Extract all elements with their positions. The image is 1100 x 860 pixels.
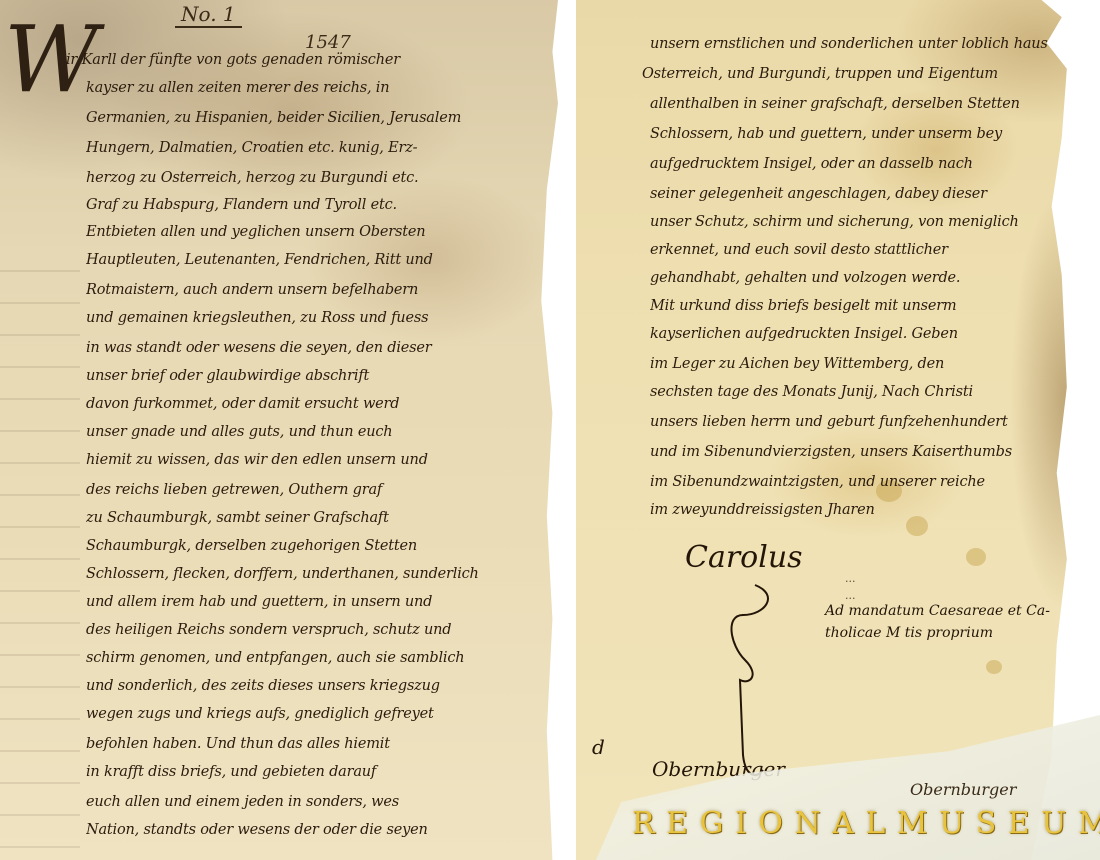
text-line: davon furkommet, oder damit ersucht werd: [86, 396, 536, 412]
text-line: unser Schutz, schirm und sicherung, von …: [650, 214, 1050, 230]
text-line: erkennet, und euch sovil desto stattlich…: [650, 242, 1050, 258]
latin-note-line: tholicae M tis proprium: [825, 622, 1050, 644]
text-line: unser brief oder glaubwirdige abschrift: [86, 368, 526, 384]
text-line: herzog zu Osterreich, herzog zu Burgundi…: [86, 170, 526, 186]
text-line: Hungern, Dalmatien, Croatien etc. kunig,…: [86, 140, 526, 156]
text-line: gehandhabt, gehalten und volzogen werde.: [650, 270, 1050, 286]
text-line: Nation, standts oder wesens der oder die…: [86, 822, 526, 838]
text-line: und im Sibenundvierzigsten, unsers Kaise…: [650, 444, 1050, 460]
text-line: Hauptleuten, Leutenanten, Fendrichen, Ri…: [86, 252, 536, 268]
countersignature: Obernburger: [910, 780, 1016, 799]
text-line: kayser zu allen zeiten merer des reichs,…: [86, 80, 536, 96]
faded-note-line: ...: [845, 570, 856, 587]
text-line: euch allen und einem jeden in sonders, w…: [86, 794, 526, 810]
text-line: Graf zu Habspurg, Flandern und Tyroll et…: [86, 197, 526, 213]
text-line: Germanien, zu Hispanien, beider Sicilien…: [86, 110, 536, 126]
left-page-text: ir Karll der fünfte von gots genaden röm…: [0, 0, 558, 860]
text-line: befohlen haben. Und thun das alles hiemi…: [86, 736, 506, 752]
text-line: des reichs lieben getrewen, Outhern graf: [86, 482, 536, 498]
manuscript-page-right: unsern ernstlichen und sonderlichen unte…: [576, 0, 1082, 860]
right-page-text: unsern ernstlichen und sonderlichen unte…: [576, 0, 1082, 860]
text-line: sechsten tage des Monats Junij, Nach Chr…: [650, 384, 1040, 400]
signature-flourish-icon: [725, 575, 775, 785]
text-line: des heiligen Reichs sondern verspruch, s…: [86, 622, 536, 638]
text-line: aufgedrucktem Insigel, oder an dasselb n…: [650, 156, 1050, 172]
text-line: ir Karll der fünfte von gots genaden röm…: [66, 52, 536, 68]
text-line: hiemit zu wissen, das wir den edlen unse…: [86, 452, 536, 468]
text-line: in krafft diss briefs, und gebieten dara…: [86, 764, 536, 780]
marginal-mark: d: [592, 735, 605, 759]
text-line: unsers lieben herrn und geburt funfzehen…: [650, 414, 1060, 430]
text-line: Schaumburgk, derselben zugehorigen Stett…: [86, 538, 536, 554]
text-line: schirm genomen, und entpfangen, auch sie…: [86, 650, 546, 666]
manuscript-page-left: No. 1 1547 W ir Karll der fünfte von got…: [0, 0, 558, 860]
emperor-signature: Carolus: [685, 540, 803, 575]
text-line: Rotmaistern, auch andern unsern befelhab…: [86, 282, 536, 298]
text-line: Schlossern, flecken, dorffern, underthan…: [86, 566, 546, 582]
text-line: kayserlichen aufgedruckten Insigel. Gebe…: [650, 326, 1040, 342]
text-line: in was standt oder wesens die seyen, den…: [86, 340, 546, 356]
text-line: wegen zugs und kriegs aufs, gnediglich g…: [86, 706, 546, 722]
text-line: Schlossern, hab und guettern, under unse…: [650, 126, 1050, 142]
text-line: Osterreich, und Burgundi, truppen und Ei…: [642, 66, 1042, 82]
text-line: unsern ernstlichen und sonderlichen unte…: [650, 36, 1050, 52]
faded-latin-note: ... ...: [845, 570, 856, 604]
text-line: im Sibenundzwaintzigsten, und unserer re…: [650, 474, 1050, 490]
text-line: und allem irem hab und guettern, in unse…: [86, 594, 536, 610]
text-line: unser gnade und alles guts, und thun euc…: [86, 424, 536, 440]
museum-watermark: REGIONALMUSEUM: [632, 806, 1082, 841]
text-line: im zweyunddreissigsten Jharen: [650, 502, 950, 518]
latin-mandate-note: Ad mandatum Caesareae et Ca- tholicae M …: [825, 600, 1050, 644]
text-line: und gemainen kriegsleuthen, zu Ross und …: [86, 310, 536, 326]
text-line: Mit urkund diss briefs besigelt mit unse…: [650, 298, 1050, 314]
text-line: und sonderlich, des zeits dieses unsers …: [86, 678, 546, 694]
latin-note-line: Ad mandatum Caesareae et Ca-: [825, 600, 1050, 622]
text-line: zu Schaumburgk, sambt seiner Grafschaft: [86, 510, 536, 526]
text-line: seiner gelegenheit angeschlagen, dabey d…: [650, 186, 1050, 202]
text-line: im Leger zu Aichen bey Wittemberg, den: [650, 356, 1040, 372]
text-line: Entbieten allen und yeglichen unsern Obe…: [86, 224, 526, 240]
text-line: allenthalben in seiner grafschaft, derse…: [650, 96, 1050, 112]
